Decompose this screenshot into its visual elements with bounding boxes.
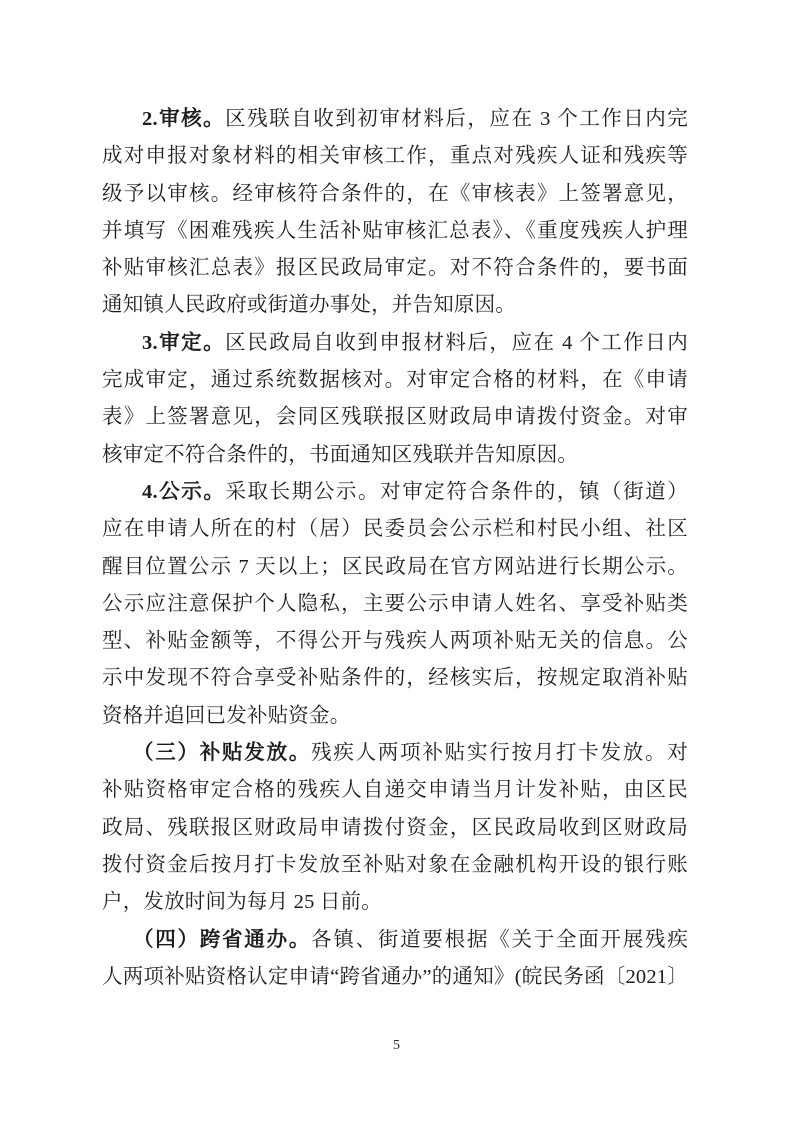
text-line: 2.审核。区残联自收到初审材料后，应在 3 个工作日内完	[102, 101, 688, 138]
paragraph: （三）补贴发放。残疾人两项补贴实行按月打卡发放。对补贴资格审定合格的残疾人自递交…	[102, 735, 688, 921]
text-line: 拨付资金后按月打卡发放至补贴对象在金融机构开设的银行账	[102, 847, 688, 884]
text-line: 应在申请人所在的村（居）民委员会公示栏和村民小组、社区	[102, 511, 688, 548]
paragraph-lead: 3.审定。	[142, 332, 225, 354]
text-line: 核审定不符合条件的，书面通知区残联并告知原因。	[102, 437, 688, 474]
document-page: 2.审核。区残联自收到初审材料后，应在 3 个工作日内完成对申报对象材料的相关审…	[0, 0, 793, 1122]
text-line: 成对申报对象材料的相关审核工作，重点对残疾人证和残疾等	[102, 138, 688, 175]
paragraph-lead: （四）跨省通办。	[133, 929, 311, 951]
text-line: 型、补贴金额等，不得公开与残疾人两项补贴无关的信息。公	[102, 623, 688, 660]
text-line: 级予以审核。经审核符合条件的，在《审核表》上签署意见，	[102, 176, 688, 213]
text-line: 公示应注意保护个人隐私，主要公示申请人姓名、享受补贴类	[102, 586, 688, 623]
text-line: 资格并追回已发补贴资金。	[102, 698, 688, 735]
text-line: 补贴审核汇总表》报区民政局审定。对不符合条件的，要书面	[102, 250, 688, 287]
document-body: 2.审核。区残联自收到初审材料后，应在 3 个工作日内完成对申报对象材料的相关审…	[102, 101, 688, 996]
text-line: 完成审定，通过系统数据核对。对审定合格的材料，在《申请	[102, 362, 688, 399]
text-line: 示中发现不符合享受补贴条件的，经核实后，按规定取消补贴	[102, 660, 688, 697]
text-line: （三）补贴发放。残疾人两项补贴实行按月打卡发放。对	[102, 735, 688, 772]
paragraph: 2.审核。区残联自收到初审材料后，应在 3 个工作日内完成对申报对象材料的相关审…	[102, 101, 688, 325]
text-line: 户，发放时间为每月 25 日前。	[102, 884, 688, 921]
paragraph: 3.审定。区民政局自收到申报材料后，应在 4 个工作日内完成审定，通过系统数据核…	[102, 325, 688, 474]
paragraph: 4.公示。采取长期公示。对审定符合条件的，镇（街道）应在申请人所在的村（居）民委…	[102, 474, 688, 735]
text-line: 人两项补贴资格认定申请“跨省通办”的通知》(皖民务函〔2021〕	[102, 959, 688, 996]
text-line: 通知镇人民政府或街道办事处，并告知原因。	[102, 287, 688, 324]
text-line: 4.公示。采取长期公示。对审定符合条件的，镇（街道）	[102, 474, 688, 511]
paragraph-lead: 2.审核。	[142, 108, 225, 130]
text-line: 并填写《困难残疾人生活补贴审核汇总表》、《重度残疾人护理	[102, 213, 688, 250]
text-line: 补贴资格审定合格的残疾人自递交申请当月计发补贴，由区民	[102, 772, 688, 809]
text-line: 醒目位置公示 7 天以上；区民政局在官方网站进行长期公示。	[102, 549, 688, 586]
paragraph-lead: （三）补贴发放。	[133, 742, 311, 764]
text-line: 3.审定。区民政局自收到申报材料后，应在 4 个工作日内	[102, 325, 688, 362]
text-line: 表》上签署意见，会同区残联报区财政局申请拨付资金。对审	[102, 399, 688, 436]
page-number: 5	[0, 1038, 793, 1054]
paragraph-lead: 4.公示。	[142, 481, 225, 503]
paragraph: （四）跨省通办。各镇、街道要根据《关于全面开展残疾人两项补贴资格认定申请“跨省通…	[102, 922, 688, 997]
text-line: 政局、残联报区财政局申请拨付资金，区民政局收到区财政局	[102, 810, 688, 847]
text-line: （四）跨省通办。各镇、街道要根据《关于全面开展残疾	[102, 922, 688, 959]
